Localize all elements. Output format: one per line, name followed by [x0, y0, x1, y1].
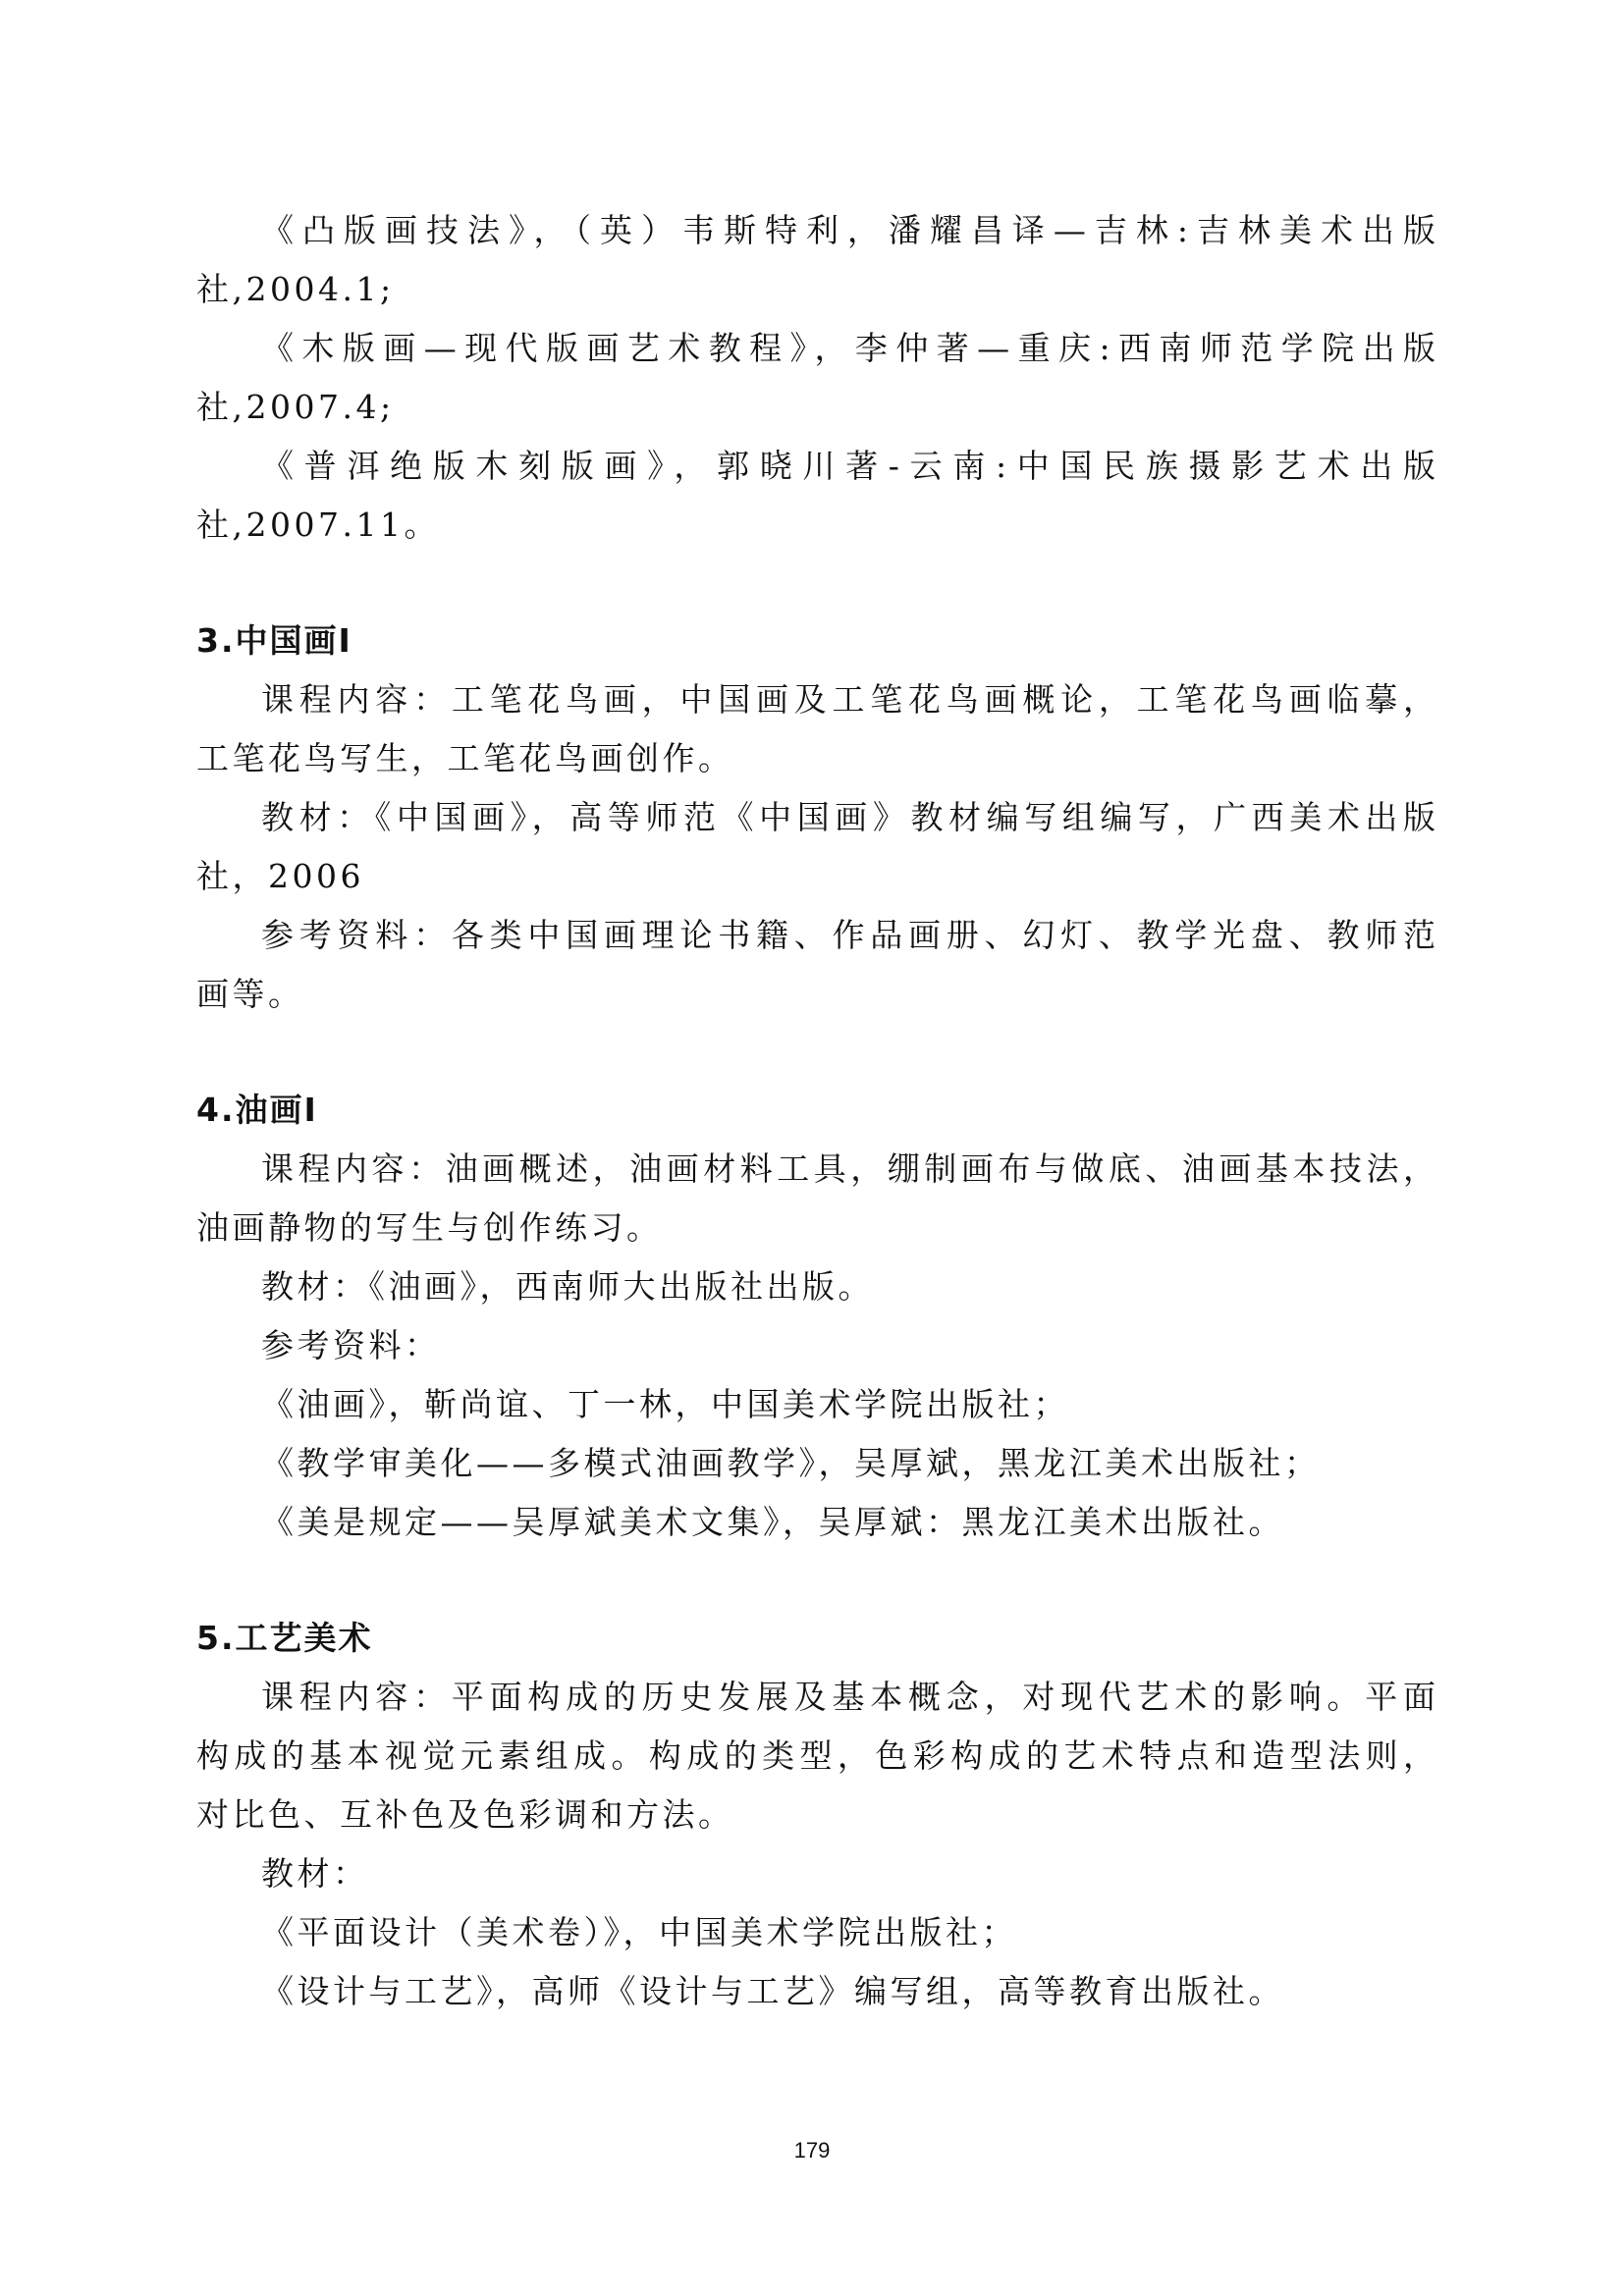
paragraph-line: 工笔花鸟写生，工笔花鸟画创作。: [196, 729, 1435, 788]
paragraph-line: 教材：《油画》，西南师大出版社出版。: [196, 1257, 1435, 1316]
paragraph-line: 参考资料：: [196, 1316, 1435, 1375]
paragraph-line: 教材：: [196, 1844, 1435, 1903]
section-oil-painting: 4.油画Ⅰ 课程内容：油画概述，油画材料工具，绷制画布与做底、油画基本技法， 油…: [196, 1081, 1435, 1552]
section-heading: 5.工艺美术: [196, 1609, 1435, 1668]
reference-line: 《普洱绝版木刻版画》，郭晓川著-云南:中国民族摄影艺术出版: [196, 437, 1435, 496]
paragraph-line: 参考资料：各类中国画理论书籍、作品画册、幻灯、教学光盘、教师范: [196, 906, 1435, 965]
reference-line: 《油画》，靳尚谊、丁一林，中国美术学院出版社；: [196, 1375, 1435, 1434]
paragraph-line: 对比色、互补色及色彩调和方法。: [196, 1786, 1435, 1844]
reference-line: 《木版画—现代版画艺术教程》，李仲著—重庆:西南师范学院出版: [196, 319, 1435, 378]
paragraph-line: 教材：《中国画》，高等师范《中国画》教材编写组编写，广西美术出版: [196, 788, 1435, 847]
paragraph-line: 课程内容：平面构成的历史发展及基本概念，对现代艺术的影响。平面: [196, 1668, 1435, 1727]
reference-line: 社,2007.4;: [196, 378, 1435, 437]
reference-line: 《设计与工艺》，高师《设计与工艺》编写组，高等教育出版社。: [196, 1962, 1435, 2021]
section-arts-and-crafts: 5.工艺美术 课程内容：平面构成的历史发展及基本概念，对现代艺术的影响。平面 构…: [196, 1609, 1435, 2021]
page-number: 179: [0, 2138, 1624, 2163]
reference-line: 社,2004.1;: [196, 260, 1435, 319]
reference-line: 《教学审美化——多模式油画教学》，吴厚斌，黑龙江美术出版社；: [196, 1434, 1435, 1493]
section-heading: 3.中国画Ⅰ: [196, 612, 1435, 670]
section-gap: [196, 1552, 1435, 1609]
references-continued: 《凸版画技法》，（英）韦斯特利，潘耀昌译—吉林:吉林美术出版 社,2004.1;…: [196, 201, 1435, 555]
paragraph-line: 社，2006: [196, 847, 1435, 906]
paragraph-line: 油画静物的写生与创作练习。: [196, 1199, 1435, 1257]
paragraph-line: 课程内容：工笔花鸟画，中国画及工笔花鸟画概论，工笔花鸟画临摹，: [196, 670, 1435, 729]
paragraph-line: 画等。: [196, 965, 1435, 1024]
section-heading: 4.油画Ⅰ: [196, 1081, 1435, 1140]
reference-line: 《凸版画技法》，（英）韦斯特利，潘耀昌译—吉林:吉林美术出版: [196, 201, 1435, 260]
paragraph-line: 课程内容：油画概述，油画材料工具，绷制画布与做底、油画基本技法，: [196, 1140, 1435, 1199]
reference-line: 《平面设计（美术卷）》，中国美术学院出版社；: [196, 1903, 1435, 1962]
section-gap: [196, 1024, 1435, 1081]
reference-line: 《美是规定——吴厚斌美术文集》，吴厚斌：黑龙江美术出版社。: [196, 1493, 1435, 1552]
section-gap: [196, 555, 1435, 612]
document-page: 《凸版画技法》，（英）韦斯特利，潘耀昌译—吉林:吉林美术出版 社,2004.1;…: [196, 201, 1435, 2021]
reference-line: 社,2007.11。: [196, 496, 1435, 555]
section-chinese-painting: 3.中国画Ⅰ 课程内容：工笔花鸟画，中国画及工笔花鸟画概论，工笔花鸟画临摹， 工…: [196, 612, 1435, 1024]
paragraph-line: 构成的基本视觉元素组成。构成的类型，色彩构成的艺术特点和造型法则，: [196, 1727, 1435, 1786]
